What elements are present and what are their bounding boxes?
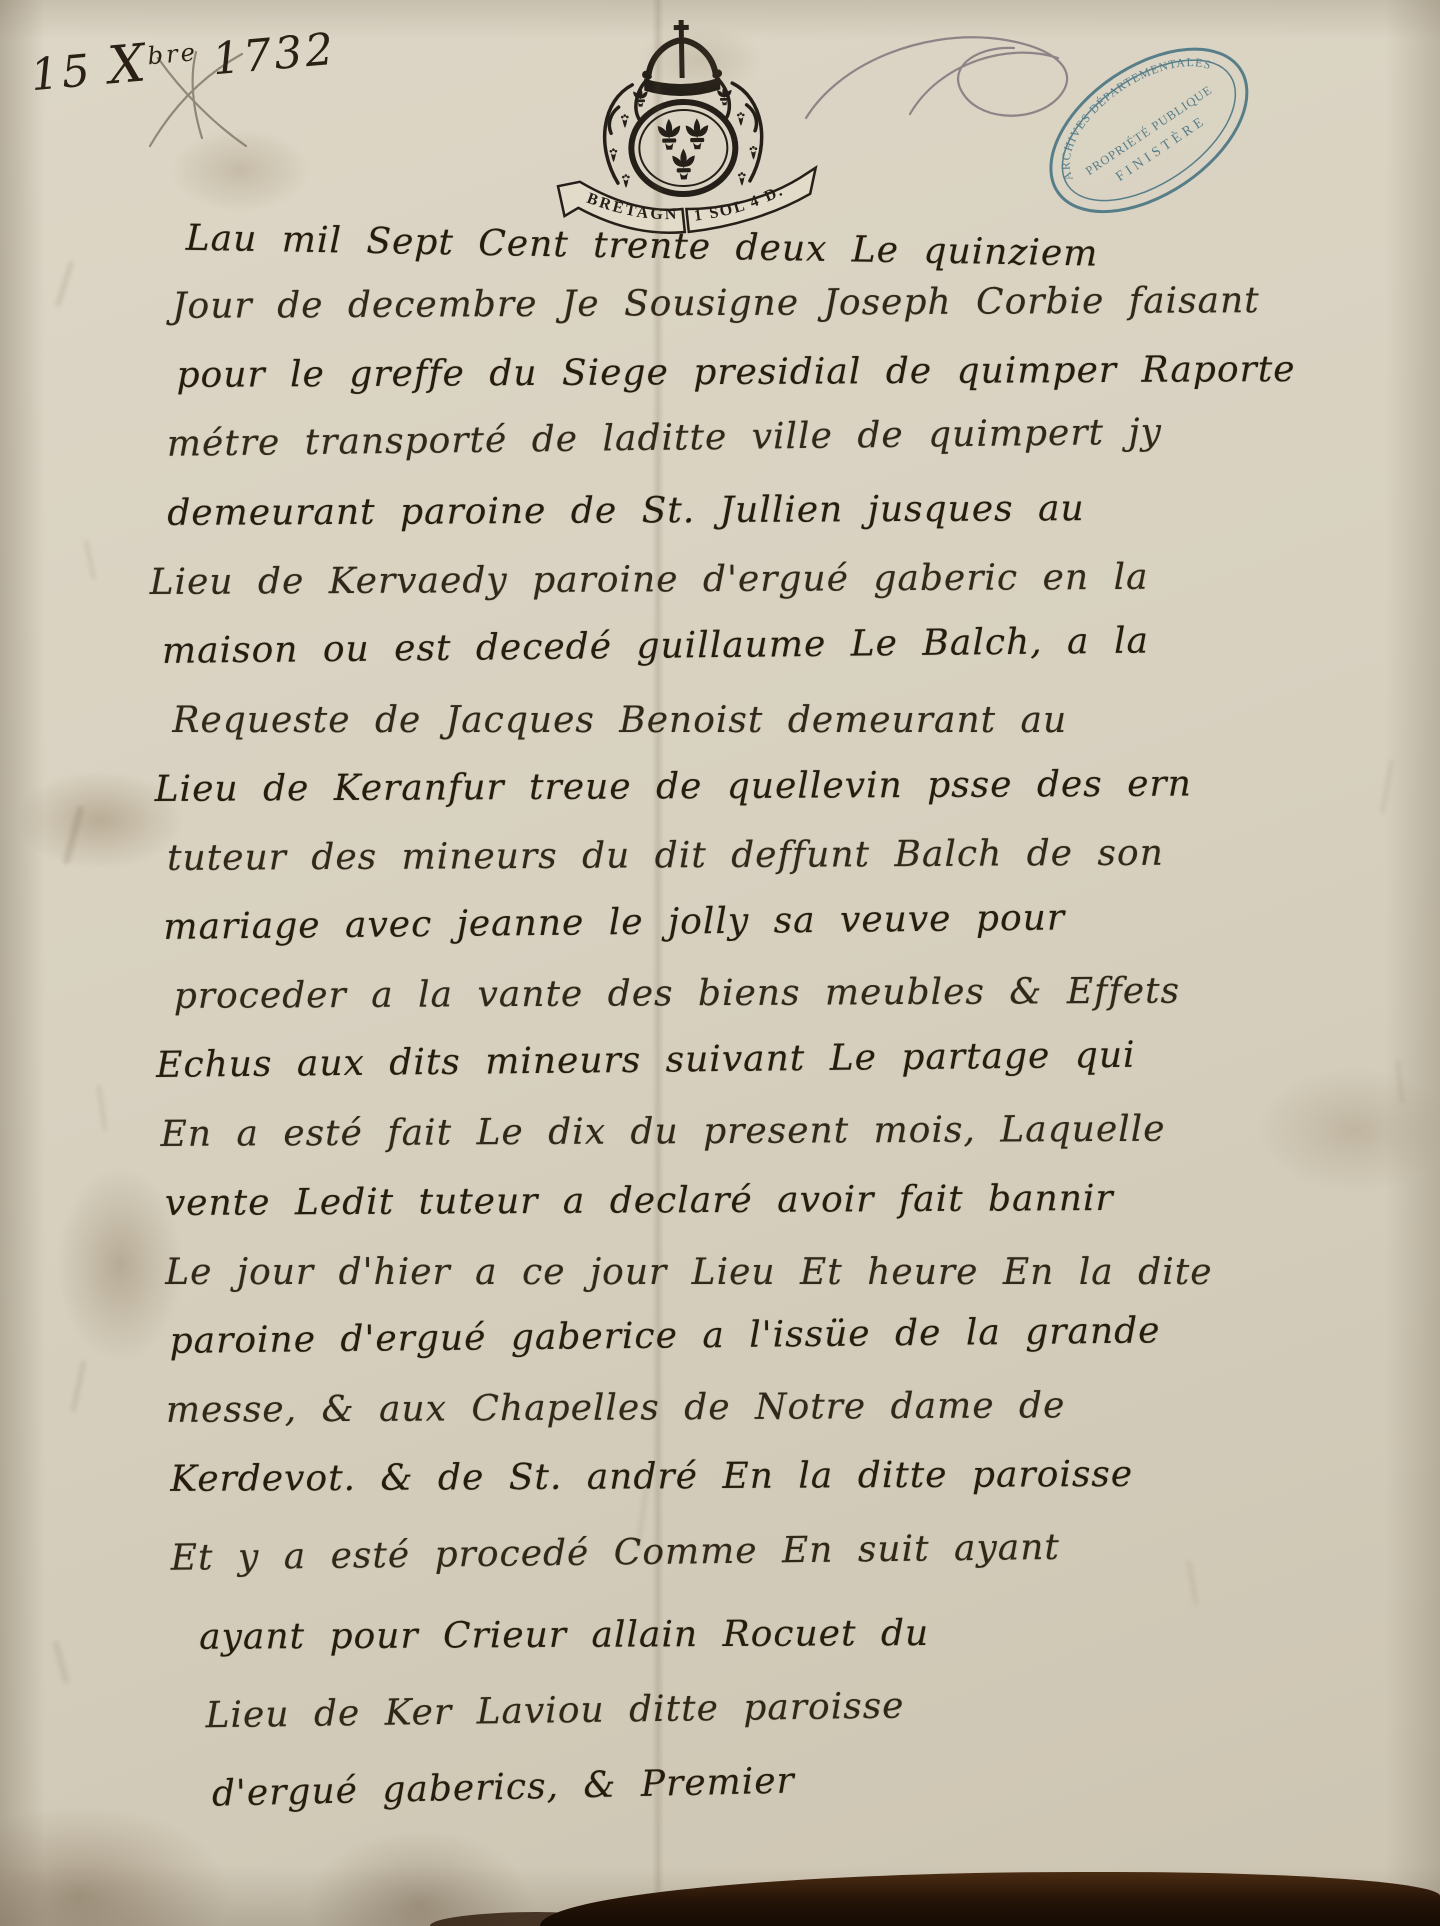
- ermine-spot-icon: [737, 112, 745, 126]
- ermine-spot-icon: [610, 148, 618, 162]
- ermine-spot-icon: [750, 146, 758, 160]
- manuscript-line: Jour de decembre Je Sousigne Joseph Corb…: [146, 280, 1295, 327]
- manuscript-line: tuteur des mineurs du dit deffunt Balch …: [149, 832, 1298, 879]
- manuscript-line: d'ergué gaberics, & Premier: [154, 1749, 1304, 1816]
- date-day: 15: [29, 45, 95, 101]
- manuscript-line: métre transporté de laditte ville de qui…: [147, 410, 1296, 465]
- fleur-de-lis-icon: [686, 118, 709, 149]
- manuscript-line: Le jour d'hier a ce jour Lieu Et heure E…: [151, 1252, 1300, 1293]
- manuscript-line: Et y a esté procedé Comme En suit ayant: [152, 1524, 1301, 1579]
- fleur-de-lis-icon: [658, 119, 681, 150]
- manuscript-line: Requeste de Jacques Benoist demeurant au: [148, 700, 1297, 741]
- manuscript-line: messe, & aux Chapelles de Notre dame de: [152, 1384, 1301, 1431]
- manuscript-line: vente Ledit tuteur a declaré avoir fait …: [151, 1177, 1300, 1224]
- manuscript-line: Kerdevot. & de St. andré En la ditte par…: [152, 1453, 1301, 1500]
- royal-crown-icon: [641, 19, 722, 96]
- arms-cartouche: [631, 101, 737, 195]
- bleed-through-mark: [1380, 760, 1393, 814]
- manuscript-line: mariage avec jeanne le jolly sa veuve po…: [149, 895, 1298, 948]
- manuscript-line: proceder a la vante des biens meubles & …: [150, 970, 1299, 1017]
- bleed-through-mark: [52, 1640, 69, 1684]
- manuscript-line: ayant pour Crieur allain Rocuet du: [153, 1611, 1302, 1658]
- date-year: 1732: [210, 24, 338, 86]
- bleed-through-mark: [55, 260, 75, 307]
- ermine-spot-icon: [738, 172, 746, 186]
- bleed-through-mark: [1396, 1060, 1405, 1104]
- manuscript-line: Echus aux dits mineurs suivant Le partag…: [150, 1033, 1299, 1086]
- date-month-suffix: bre: [146, 38, 199, 70]
- desk-edge: [540, 1872, 1440, 1926]
- ermine-spot-icon: [622, 174, 630, 188]
- manuscript-line: maison ou est decedé guillaume Le Balch,…: [148, 619, 1297, 672]
- ermine-spot-icon: [621, 114, 629, 128]
- manuscript-body: Lau mil Sept Cent trente deux Le quinzie…: [146, 211, 1304, 1854]
- bleed-through-mark: [84, 540, 96, 580]
- bleed-through-mark: [97, 1085, 107, 1131]
- manuscript-line: demeurant paroine de St. Jullien jusques…: [147, 487, 1296, 534]
- manuscript-line: Lau mil Sept Cent trente deux Le quinzie…: [145, 217, 1295, 278]
- manuscript-line: En a esté fait Le dix du present mois, L…: [150, 1108, 1299, 1155]
- manuscript-line: pour le greffe du Siege presidial de qui…: [146, 349, 1295, 396]
- manuscript-line: Lieu de Keranfur treue de quellevin psse…: [149, 763, 1298, 810]
- bleed-through-mark: [71, 1360, 87, 1412]
- manuscript-page-photo: { "doc": { "date": { "day": "15", "month…: [0, 0, 1440, 1926]
- manuscript-line: Lieu de Ker Laviou ditte paroisse: [153, 1680, 1302, 1737]
- fiscal-stamp: BRETAGNE 1 SOL 4 D.: [531, 11, 835, 244]
- fleur-de-lis-icon: [672, 148, 695, 179]
- bleed-through-mark: [62, 805, 84, 865]
- date-month-abbr: X: [106, 33, 151, 96]
- manuscript-line: Lieu de Kervaedy paroine d'ergué gaberic…: [148, 556, 1297, 603]
- manuscript-line: paroine d'ergué gaberice a l'issüe de la…: [151, 1309, 1300, 1362]
